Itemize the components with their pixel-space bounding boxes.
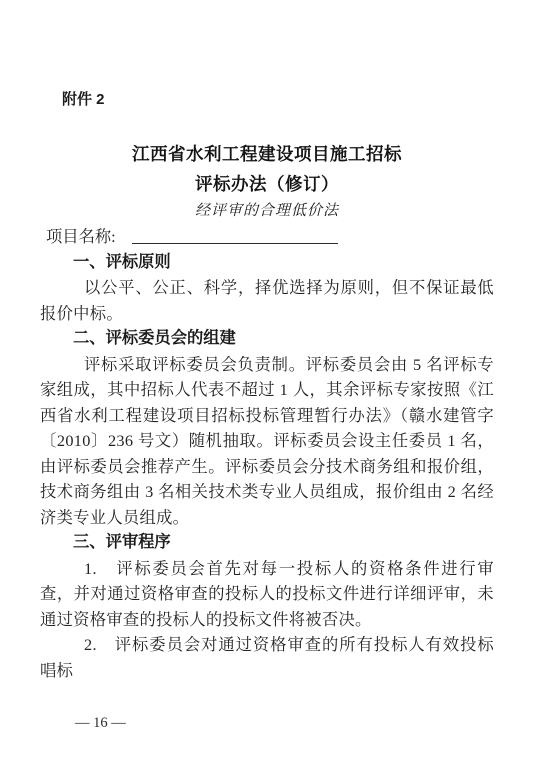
document-title: 江西省水利工程建设项目施工招标 评标办法（修订）	[40, 139, 494, 199]
heading-review-procedure: 三、评审程序	[40, 530, 494, 556]
title-line-2: 评标办法（修订）	[40, 169, 494, 199]
heading-evaluation-principles: 一、评标原则	[40, 250, 494, 276]
para-evaluation-committee: 评标采取评标委员会负责制。评标委员会由 5 名评标专家组成，其中招标人代表不超过…	[40, 352, 494, 531]
para-review-procedure-item-2: 2. 评标委员会对通过资格审查的所有投标人有效投标唱标	[40, 632, 494, 683]
heading-evaluation-committee: 二、评标委员会的组建	[40, 326, 494, 352]
document-page: 附件 2 江西省水利工程建设项目施工招标 评标办法（修订） 经评审的合理低价法 …	[0, 0, 552, 781]
project-name-blank	[132, 229, 338, 244]
page-number-footer: — 16 —	[75, 711, 494, 737]
para-review-procedure-item-1: 1. 评标委员会首先对每一投标人的资格条件进行审查，并对通过资格审查的投标人的投…	[40, 556, 494, 633]
attachment-label: 附件 2	[62, 0, 494, 113]
project-name-row: 项目名称:	[40, 224, 494, 250]
document-subtitle: 经评审的合理低价法	[40, 199, 494, 225]
title-line-1: 江西省水利工程建设项目施工招标	[40, 139, 494, 169]
para-evaluation-principles: 以公平、公正、科学，择优选择为原则，但不保证最低报价中标。	[40, 275, 494, 326]
project-name-label: 项目名称:	[46, 227, 116, 246]
